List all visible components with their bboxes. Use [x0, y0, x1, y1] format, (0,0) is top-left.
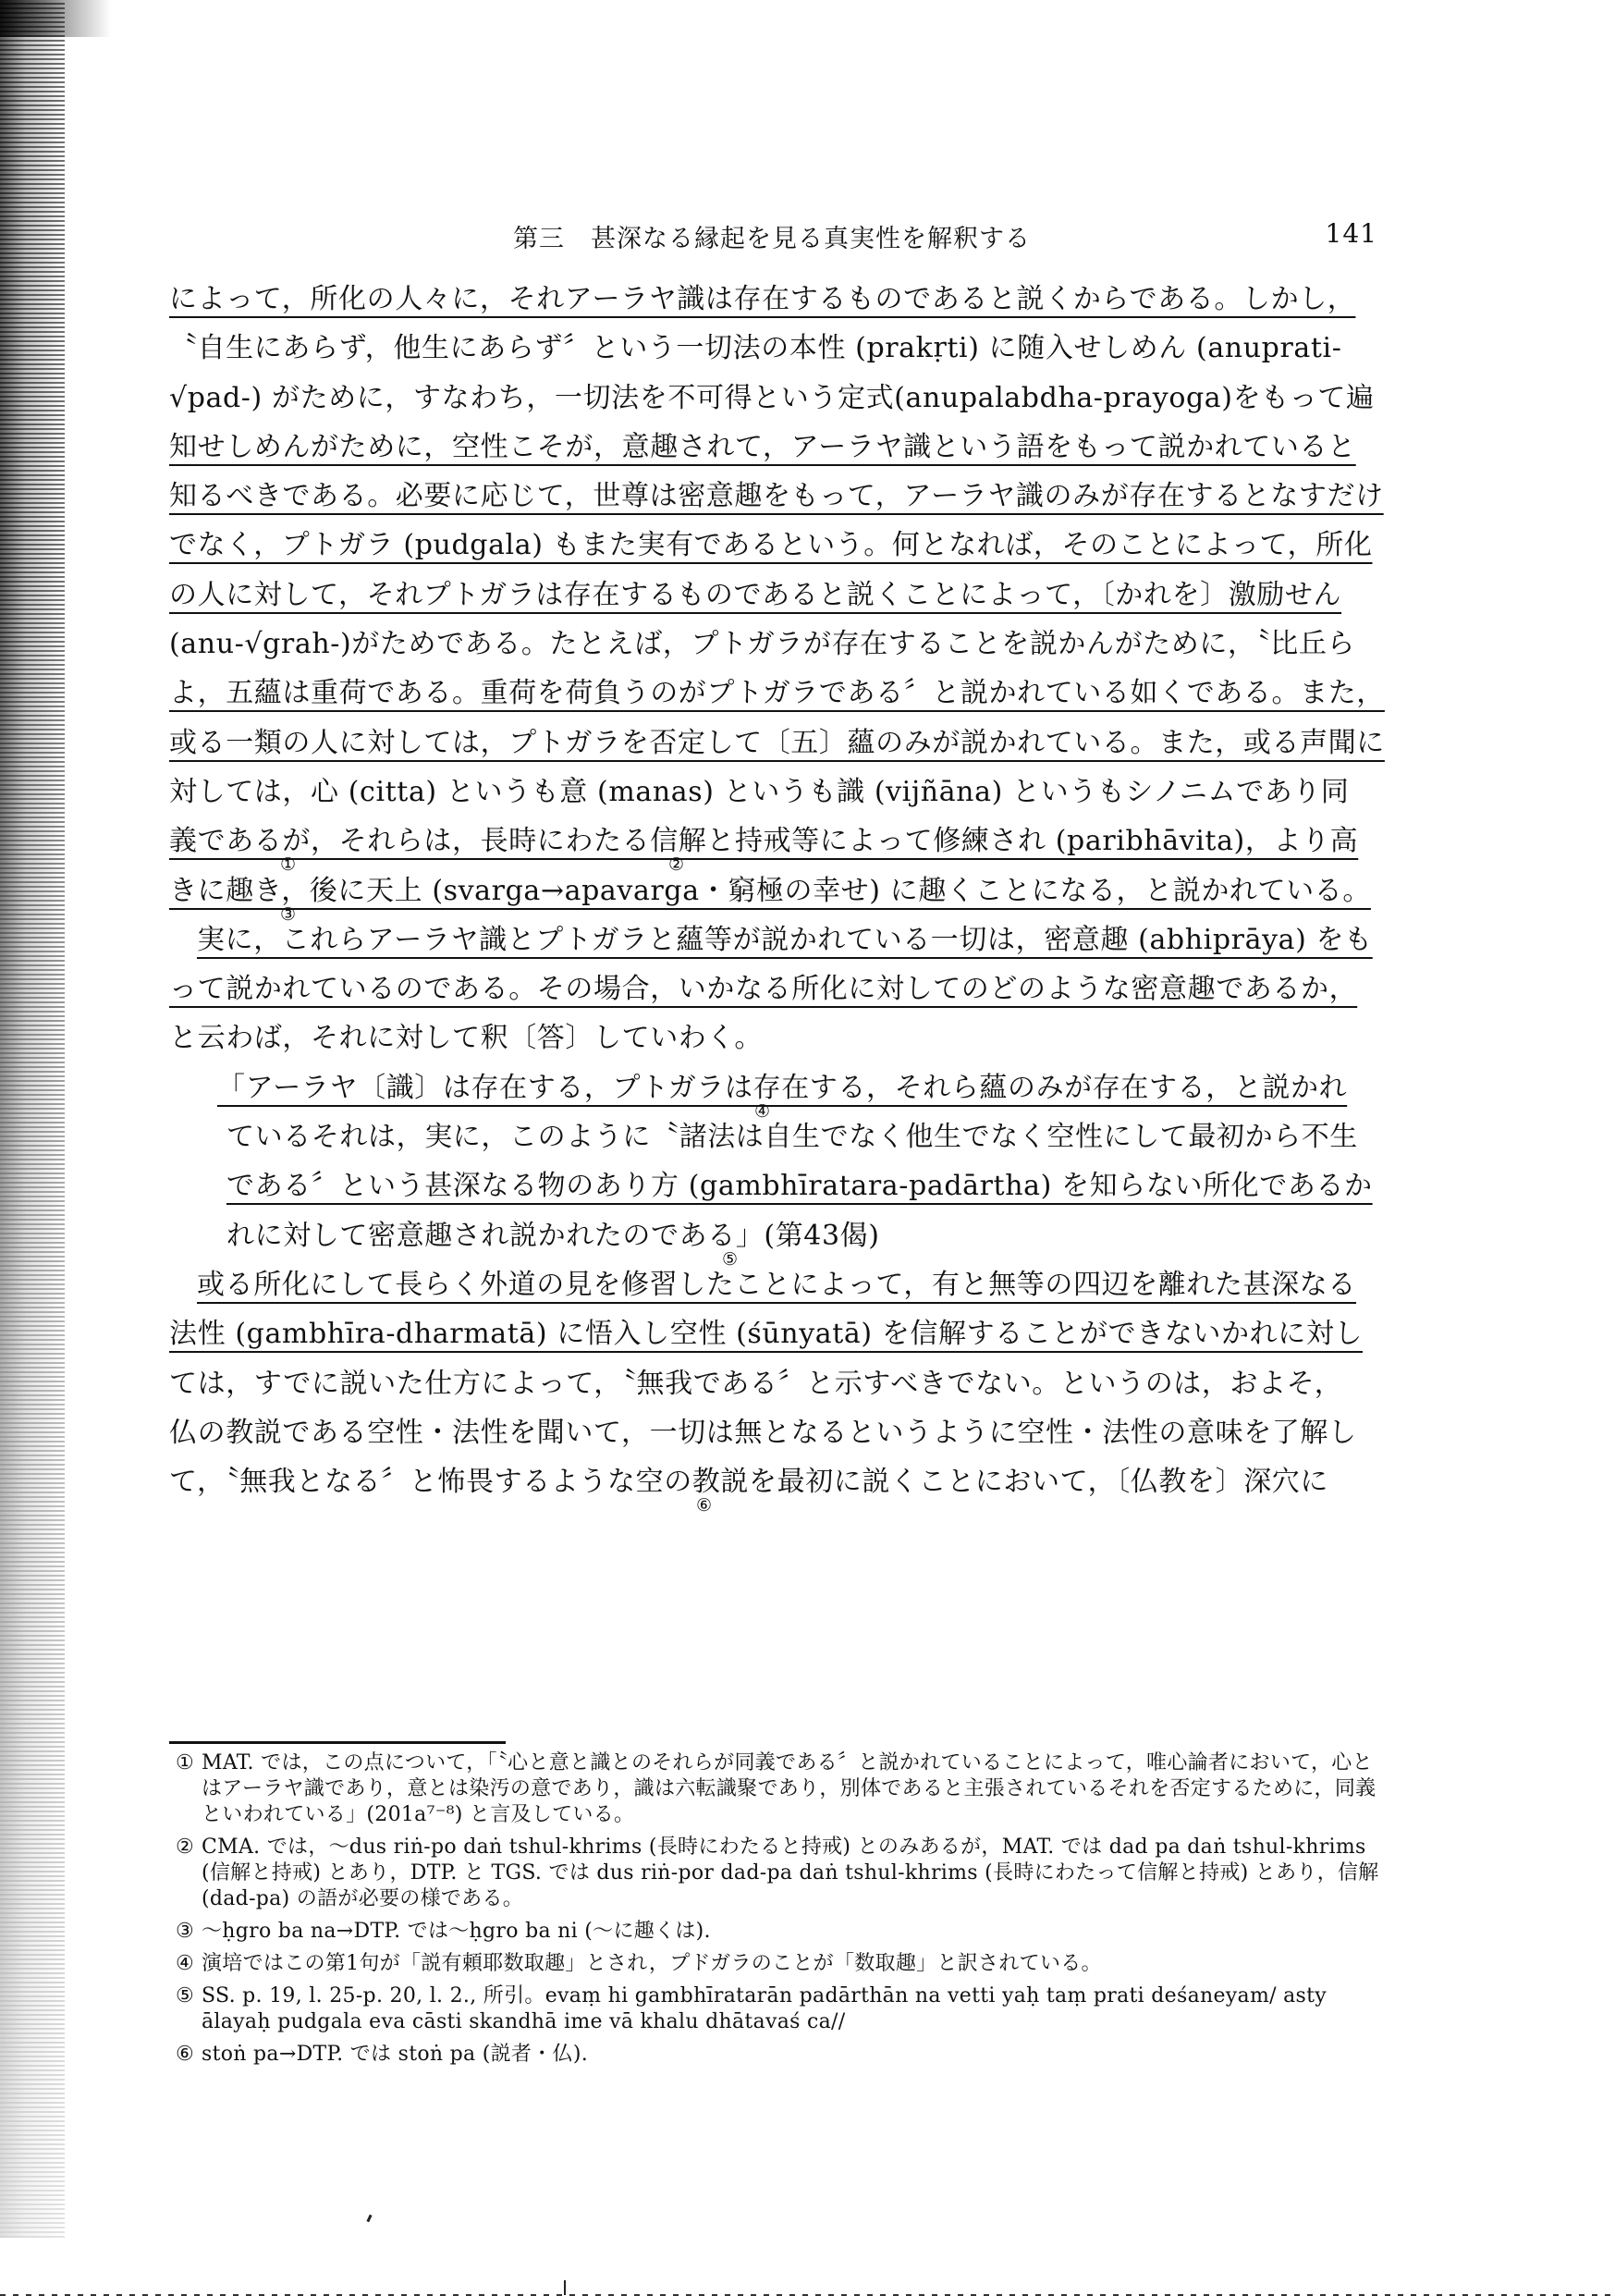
- text-line-content: 対しては，心 (citta) というも意 (manas) というも識 (vijñ…: [169, 776, 1350, 808]
- verse-line-content: ているそれは，実に，このように〝諸法は自生でなく他生でなく空性にして最初から不生: [226, 1121, 1358, 1153]
- verse-line-content: れに対して密意趣され説かれたのである」(第43偈): [226, 1220, 880, 1252]
- footnote-number: ⑥: [176, 2042, 202, 2068]
- footnote-number: ④: [176, 1951, 202, 1977]
- text-line-4: 知せしめんがために，空性こそが，意趣されて，アーラヤ識という語をもって説かれてい…: [169, 423, 1380, 472]
- verse-line-3: である〞という甚深なる物のあり方 (gambhīratara-padārtha)…: [169, 1161, 1380, 1210]
- footnote-number: ⑤: [176, 1983, 202, 2009]
- text-line-content: 知るべきである。必要に応じて，世尊は密意趣をもって，アーラヤ識のみが存在するとな…: [169, 480, 1384, 512]
- text-line-content: て，〝無我となる〞と怖畏するような空の教説を最初に説くことにおいて，〔仏教を〕深…: [169, 1466, 1328, 1498]
- page-number: 141: [1326, 218, 1377, 249]
- footnote-4: ④演培ではこの第1句が「説有頼耶数取趣」とされ，プドガラのことが「数取趣」と訳さ…: [176, 1951, 1387, 1977]
- text-line-21: 或る所化にして長らく外道の見を修習したことによって，有と無等の四辺を離れた甚深な…: [169, 1260, 1380, 1309]
- footnote-text: MAT. では，この点について，「〝心と意と識とのそれらが同義である〞と説かれて…: [202, 1751, 1376, 1826]
- text-line-content: 或る一類の人に対しては，プトガラを否定して〔五〕蘊のみが説かれている。また，或る…: [169, 727, 1385, 759]
- text-line-content: でなく，プトガラ (pudgala) もまた実有であるという。何となれば，そのこ…: [169, 529, 1372, 561]
- scan-edge-artifact: [0, 0, 65, 2238]
- footnote-text: SS. p. 19, l. 25-p. 20, l. 2., 所引。evaṃ h…: [202, 1984, 1327, 2033]
- text-line-10: 或る一類の人に対しては，プトガラを否定して〔五〕蘊のみが説かれている。また，或る…: [169, 718, 1380, 767]
- footnote-number: ①: [176, 1750, 202, 1776]
- verse-line-content: である〞という甚深なる物のあり方 (gambhīratara-padārtha)…: [226, 1170, 1373, 1202]
- text-line-content: ては，すでに説いた仕方によって，〝無我である〞と示すべきでない。というのは，およ…: [169, 1368, 1342, 1400]
- text-line-content: の人に対して，それプトガラは存在するものであると説くことによって，〔かれを〕激励…: [169, 579, 1341, 611]
- footnote-5: ⑤SS. p. 19, l. 25-p. 20, l. 2., 所引。evaṃ …: [176, 1983, 1387, 2035]
- footnote-number: ③: [176, 1919, 202, 1945]
- text-line-22: 法性 (gambhīra-dharmatā) に悟入し空性 (śūnyatā) …: [169, 1309, 1380, 1358]
- text-line-6: でなく，プトガラ (pudgala) もまた実有であるという。何となれば，そのこ…: [169, 521, 1380, 570]
- footnote-6: ⑥stoṅ pa→DTP. では stoṅ pa (説者・仏).: [176, 2042, 1387, 2068]
- text-line-5: 知るべきである。必要に応じて，世尊は密意趣をもって，アーラヤ識のみが存在するとな…: [169, 472, 1380, 521]
- footnote-separator: [169, 1741, 506, 1744]
- text-line-content: 法性 (gambhīra-dharmatā) に悟入し空性 (śūnyatā) …: [169, 1318, 1363, 1350]
- text-line-content: 実に，これらアーラヤ識とプトガラと蘊等が説かれている一切は，密意趣 (abhip…: [197, 924, 1373, 956]
- text-line-content: 〝自生にあらず，他生にあらず〞という一切法の本性 (prakṛti) に随入せし…: [169, 332, 1341, 364]
- text-line-16: と云わば，それに対して釈〔答〕していわく。: [169, 1013, 1380, 1062]
- footnote-text: stoṅ pa→DTP. では stoṅ pa (説者・仏).: [202, 2043, 588, 2066]
- footnote-3: ③～ḥgro ba na→DTP. では～ḥgro ba ni (～に趣くは).: [176, 1919, 1387, 1945]
- text-line-11: 対しては，心 (citta) というも意 (manas) というも識 (vijñ…: [169, 767, 1380, 816]
- text-line-content: きに趣き，後に天上 (svarga→apavarga・窮極の幸せ) に趣くことに…: [169, 875, 1371, 907]
- footnote-1: ①MAT. では，この点について，「〝心と意と識とのそれらが同義である〞と説かれ…: [176, 1750, 1387, 1828]
- text-line-content: によって，所化の人々に，それアーラヤ識は存在するものであると説くからである。しか…: [169, 283, 1355, 315]
- footnotes: ①MAT. では，この点について，「〝心と意と識とのそれらが同義である〞と説かれ…: [176, 1750, 1387, 2074]
- text-line-content: √pad-) がために，すなわち，一切法を不可得という定式(anupalabdh…: [169, 382, 1375, 414]
- text-line-23: ては，すでに説いた仕方によって，〝無我である〞と示すべきでない。というのは，およ…: [169, 1359, 1380, 1408]
- text-line-content: って説かれているのである。その場合，いかなる所化に対してのどのような密意趣である…: [169, 973, 1357, 1005]
- footnote-number: ②: [176, 1835, 202, 1860]
- text-line-24: 仏の教説である空性・法性を聞いて，一切は無となるというように空性・法性の意味を了…: [169, 1408, 1380, 1457]
- text-line-content: 仏の教説である空性・法性を聞いて，一切は無となるというように空性・法性の意味を了…: [169, 1417, 1357, 1449]
- verse-line-2: ているそれは，実に，このように〝諸法は自生でなく他生でなく空性にして最初から不生: [169, 1112, 1380, 1161]
- text-line-content: 義であるが，それらは，長時にわたる信解と持戒等によって修練され (paribhā…: [169, 825, 1358, 857]
- verse-line-content: 「アーラヤ〔識〕は存在する，プトガラは存在する，それら蘊のみが存在する，と説かれ: [217, 1072, 1347, 1104]
- text-line-9: よ，五蘊は重荷である。重荷を荷負うのがプトガラである〞と説かれている如くである。…: [169, 669, 1380, 718]
- body-text: によって，所化の人々に，それアーラヤ識は存在するものであると説くからである。しか…: [169, 275, 1380, 1506]
- text-line-15: って説かれているのである。その場合，いかなる所化に対してのどのような密意趣である…: [169, 964, 1380, 1013]
- verse-line-1: 「アーラヤ〔識〕は存在する，プトガラは存在する，それら蘊のみが存在する，と説かれ…: [169, 1063, 1380, 1112]
- scan-speck: [564, 2280, 566, 2295]
- scan-speck: [366, 2215, 372, 2223]
- footnote-text: CMA. では，～dus riṅ-po daṅ tshul-khrims (長時…: [202, 1836, 1379, 1910]
- text-line-content: 或る所化にして長らく外道の見を修習したことによって，有と無等の四辺を離れた甚深な…: [197, 1269, 1356, 1301]
- text-line-8: (anu-√grah-)がためである。たとえば，プトガラが存在することを説かんが…: [169, 620, 1380, 669]
- text-line-3: √pad-) がために，すなわち，一切法を不可得という定式(anupalabdh…: [169, 374, 1380, 423]
- running-head: 第三 甚深なる縁起を見る真実性を解釈する 141: [513, 218, 1377, 255]
- text-line-content: と云わば，それに対して釈〔答〕していわく。: [169, 1022, 763, 1054]
- text-line-content: よ，五蘊は重荷である。重荷を荷負うのがプトガラである〞と説かれている如くである。…: [169, 677, 1385, 709]
- text-line-content: (anu-√grah-)がためである。たとえば，プトガラが存在することを説かんが…: [169, 628, 1355, 660]
- text-line-7: の人に対して，それプトガラは存在するものであると説くことによって，〔かれを〕激励…: [169, 571, 1380, 620]
- text-line-12: 義であるが，それらは，長時にわたる信解と持戒等によって修練され (paribhā…: [169, 816, 1380, 866]
- text-line-2: 〝自生にあらず，他生にあらず〞という一切法の本性 (prakṛti) に随入せし…: [169, 324, 1380, 373]
- text-line-content: 知せしめんがために，空性こそが，意趣されて，アーラヤ識という語をもって説かれてい…: [169, 431, 1356, 463]
- footnote-2: ②CMA. では，～dus riṅ-po daṅ tshul-khrims (長…: [176, 1835, 1387, 1912]
- text-line-13: きに趣き，後に天上 (svarga→apavarga・窮極の幸せ) に趣くことに…: [169, 866, 1380, 915]
- chapter-title: 第三 甚深なる縁起を見る真実性を解釈する: [513, 218, 1031, 254]
- text-line-25: て，〝無我となる〞と怖畏するような空の教説を最初に説くことにおいて，〔仏教を〕深…: [169, 1457, 1380, 1506]
- footnote-text: 演培ではこの第1句が「説有頼耶数取趣」とされ，プドガラのことが「数取趣」と訳され…: [202, 1952, 1102, 1975]
- footnote-marker-6: ⑥: [696, 1496, 713, 1515]
- scan-corner-shadow: [0, 0, 111, 37]
- footnote-text: ～ḥgro ba na→DTP. では～ḥgro ba ni (～に趣くは).: [202, 1920, 711, 1943]
- text-line-1: によって，所化の人々に，それアーラヤ識は存在するものであると説くからである。しか…: [169, 275, 1380, 324]
- verse-line-4: れに対して密意趣され説かれたのである」(第43偈) ⑤: [169, 1211, 1380, 1260]
- text-line-14: 実に，これらアーラヤ識とプトガラと蘊等が説かれている一切は，密意趣 (abhip…: [169, 915, 1380, 964]
